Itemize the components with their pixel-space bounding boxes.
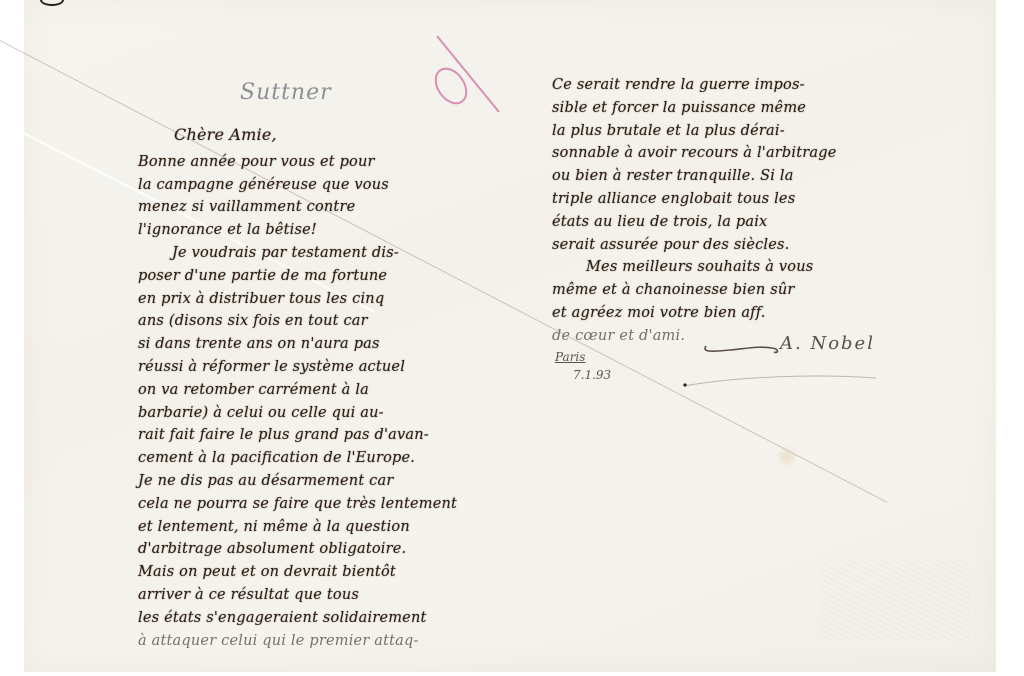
archive-pencil-label: Suttner (240, 80, 332, 105)
letter-line: menez si vaillamment contre (138, 196, 457, 219)
salutation: Chère Amie, (174, 124, 457, 147)
letter-line: Ce serait rendre la guerre impos- (552, 74, 837, 97)
letter-line: états au lieu de trois, la paix (552, 211, 837, 234)
letter-line: la campagne généreuse que vous (138, 174, 457, 197)
letter-line: ans (disons six fois en tout car (138, 310, 457, 333)
letter-line: et agréez moi votre bien aff. (552, 302, 837, 325)
letter-line: ou bien à rester tranquille. Si la (552, 165, 837, 188)
letter-line: et lentement, ni même à la question (138, 516, 457, 539)
letter-line: sible et forcer la puissance même (552, 97, 837, 120)
paper-stain (780, 450, 794, 464)
letter-line: en prix à distribuer tous les cinq (138, 288, 457, 311)
letter-line: serait assurée pour des siècles. (552, 234, 837, 257)
letter-line: Je voudrais par testament dis- (138, 242, 457, 265)
signature-flourish (700, 338, 790, 356)
letter-line: les états s'engageraient solidairement (138, 607, 457, 630)
place: Paris (555, 348, 611, 366)
date: 7.1.93 (555, 366, 611, 384)
letter-line: l'ignorance et la bêtise! (138, 219, 457, 242)
letter-line: arriver à ce résultat que tous (138, 584, 457, 607)
letter-line: réussi à réformer le système actuel (138, 356, 457, 379)
letter-line: Mes meilleurs souhaits à vous (552, 256, 837, 279)
letter-line: triple alliance englobait tous les (552, 188, 837, 211)
letter-line: si dans trente ans on n'aura pas (138, 333, 457, 356)
letter-line: on va retomber carrément à la (138, 379, 457, 402)
letter-line: poser d'une partie de ma fortune (138, 265, 457, 288)
letter-line: à attaquer celui qui le premier attaq- (138, 630, 457, 653)
underline-stroke (680, 372, 880, 388)
paper-crease (820, 560, 970, 640)
place-date: Paris 7.1.93 (555, 348, 611, 384)
letter-line: cement à la pacification de l'Europe. (138, 447, 457, 470)
letter-line: la plus brutale et la plus dérai- (552, 120, 837, 143)
letter-line: sonnable à avoir recours à l'arbitrage (552, 142, 837, 165)
letter-line: Bonne année pour vous et pour (138, 151, 457, 174)
pink-zero-slash-mark (425, 28, 505, 118)
letter-line: rait fait faire le plus grand pas d'avan… (138, 424, 457, 447)
letter-line: barbarie) à celui ou celle qui au- (138, 402, 457, 425)
letter-line: Mais on peut et on devrait bientôt (138, 561, 457, 584)
letter-right-column: Ce serait rendre la guerre impos- sible … (552, 74, 837, 348)
letter-line: cela ne pourra se faire que très lenteme… (138, 493, 457, 516)
letter-line: Je ne dis pas au désarmement car (138, 470, 457, 493)
letter-line: même et à chanoinesse bien sûr (552, 279, 837, 302)
letter-left-column: Chère Amie, Bonne année pour vous et pou… (138, 124, 457, 652)
letter-line: d'arbitrage absolument obligatoire. (138, 538, 457, 561)
signature: A. Nobel (780, 333, 875, 354)
